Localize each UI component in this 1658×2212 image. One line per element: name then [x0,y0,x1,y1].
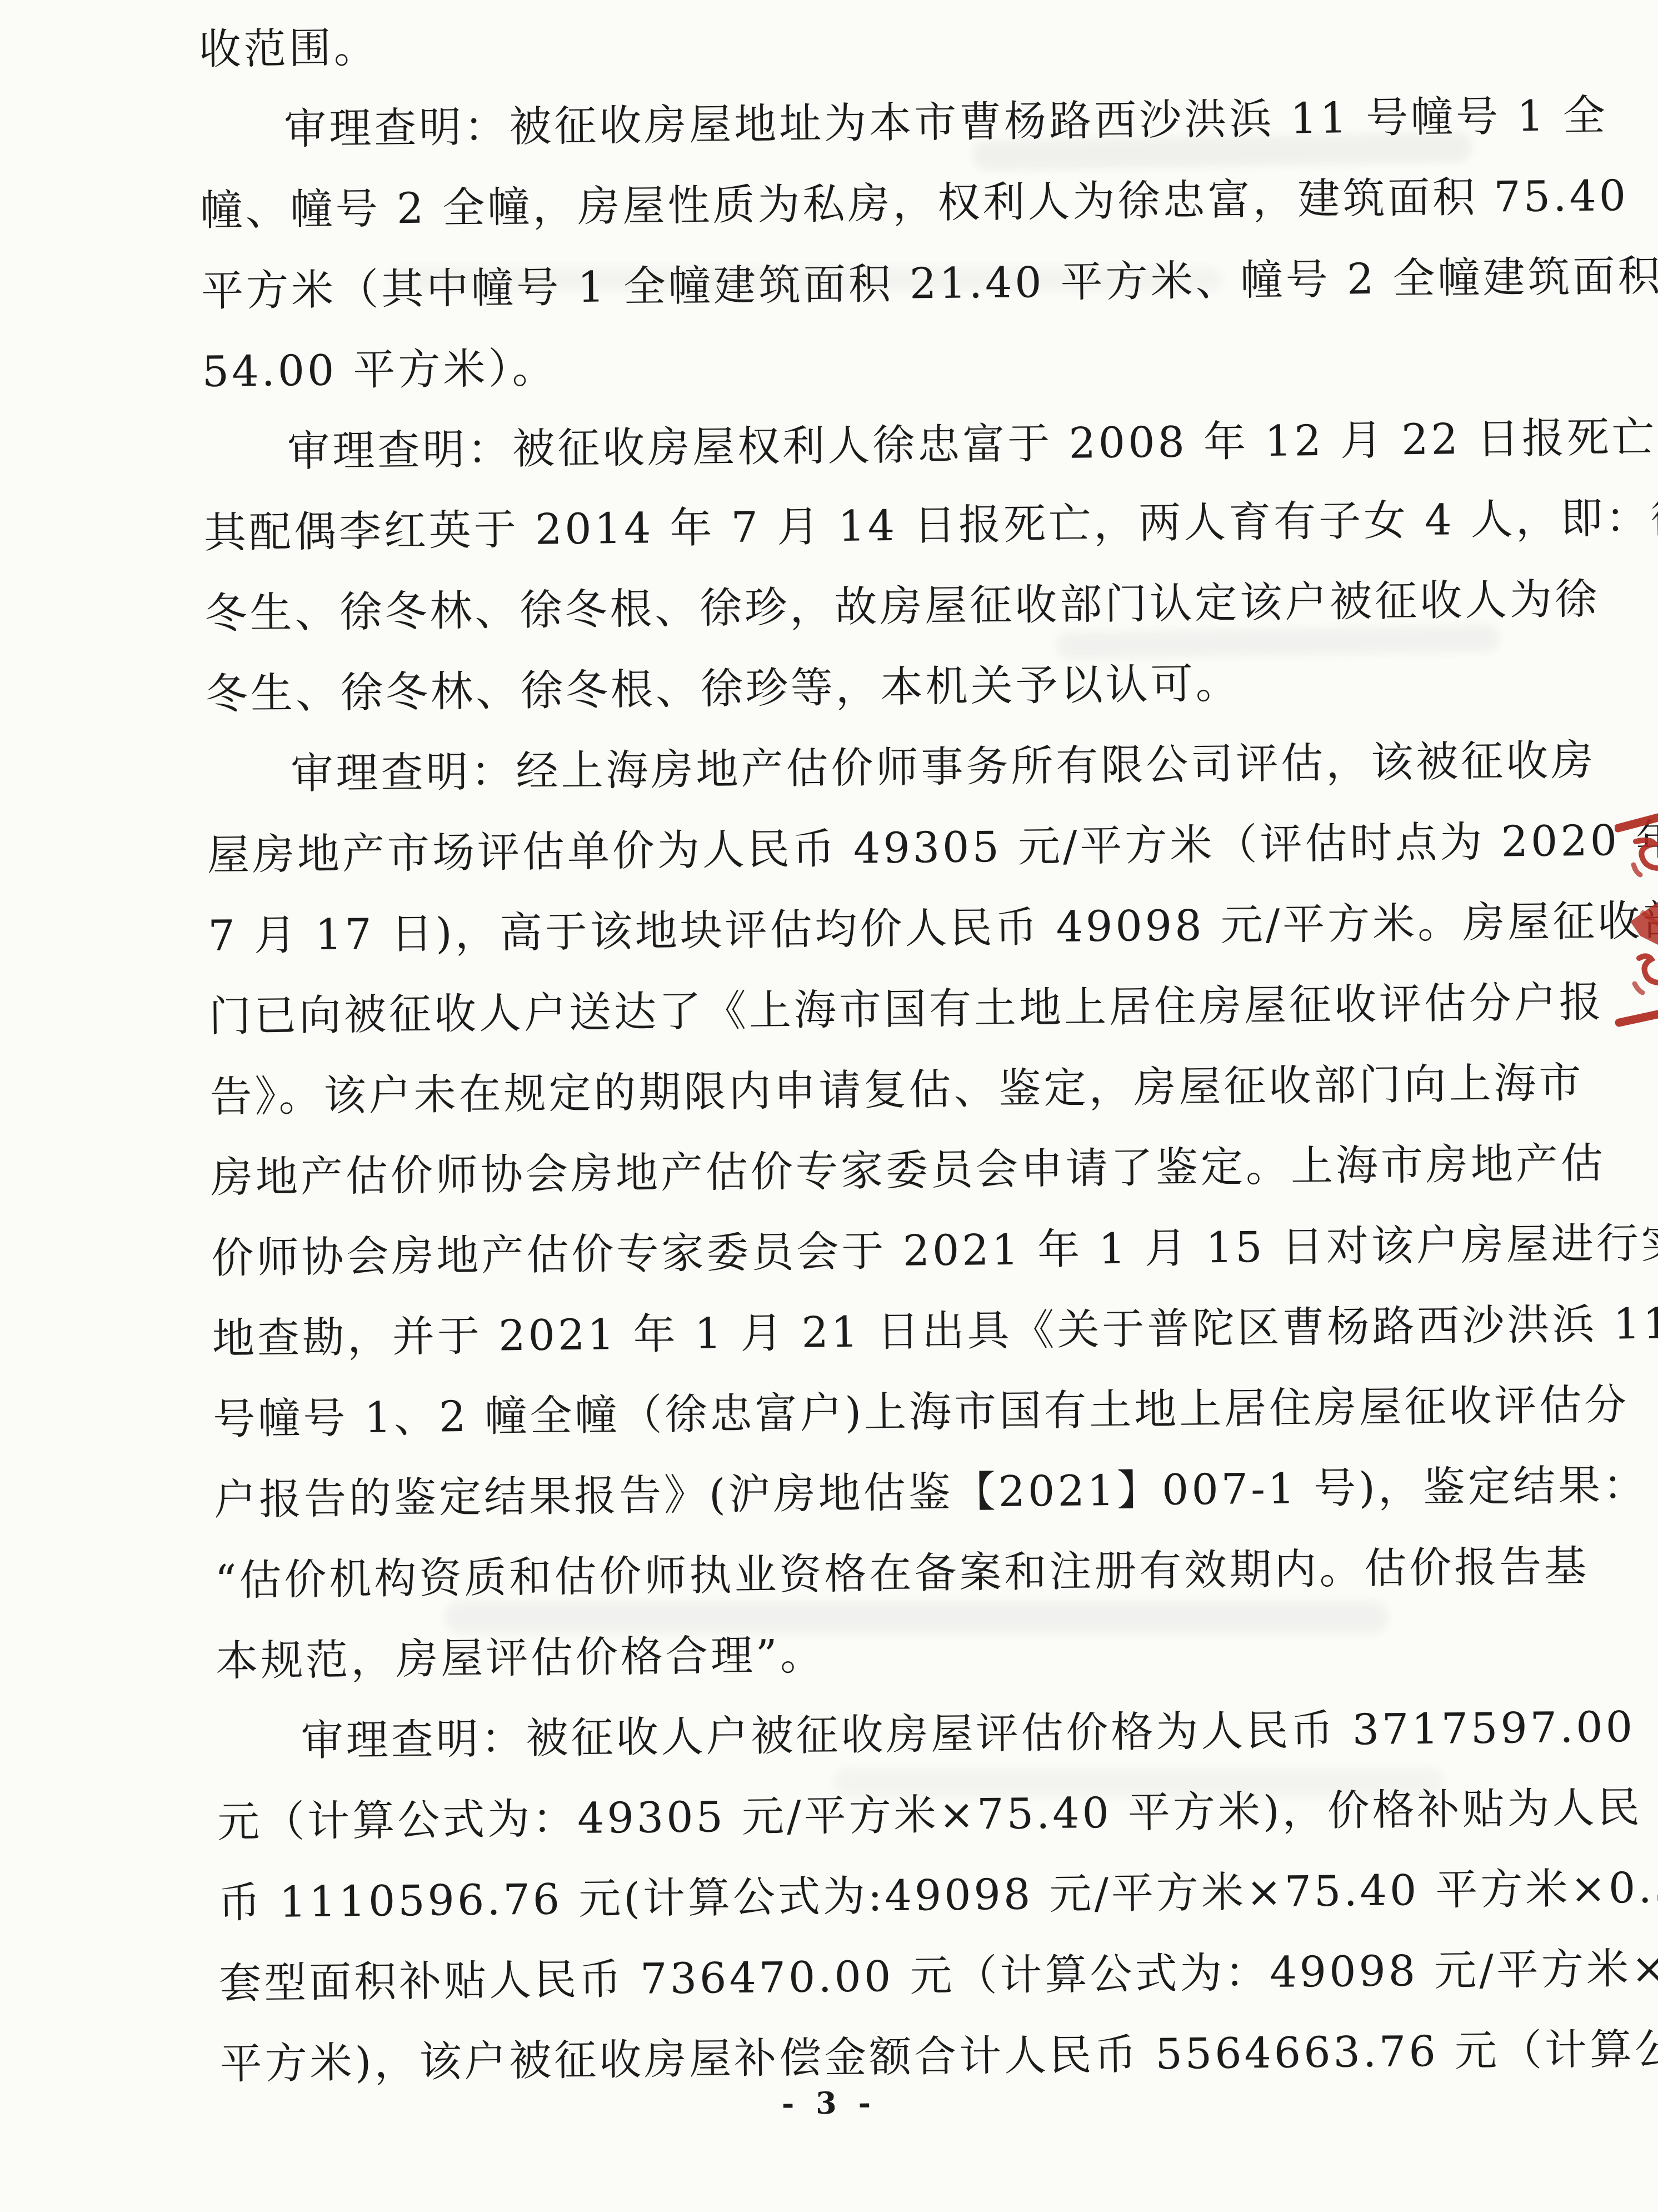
text-line: 告》。该户未在规定的期限内申请复估、鉴定，房屋征收部门向上海市 [209,1043,1477,1137]
text-line: 平方米（其中幢号 1 全幢建筑面积 21.40 平方米、幢号 2 全幢建筑面积 [201,237,1469,331]
text-line: 号幢号 1、2 幢全幢（徐忠富户)上海市国有土地上居住房屋征收评估分 [213,1366,1480,1459]
text-line: 屋房地产市场评估单价为人民币 49305 元/平方米（评估时点为 2020 年 [207,801,1474,895]
text-line: 审理查明：被征收房屋权利人徐忠富于 2008 年 12 月 22 日报死亡， [203,398,1470,492]
text-line: 54.00 平方米）。 [202,318,1469,412]
text-line: 地查勘，并于 2021 年 1 月 21 日出具《关于普陀区曹杨路西沙洪浜 11 [212,1285,1479,1379]
official-seal-fragment-icon [1615,807,1658,1035]
text-line: 门已向被征收人户送达了《上海市国有土地上居住房屋征收评估分户报 [208,963,1476,1057]
text-line: 户报告的鉴定结果报告》(沪房地估鉴【2021】007-1 号)，鉴定结果： [213,1446,1481,1540]
text-line: 幢、幢号 2 全幢，房屋性质为私房，权利人为徐忠富，建筑面积 75.40 [200,157,1467,251]
text-line: 币 1110596.76 元(计算公式为:49098 元/平方米×75.40 平… [218,1849,1485,1943]
text-line: 7 月 17 日)，高于该地块评估均价人民币 49098 元/平方米。房屋征收部 [208,882,1475,976]
scanned-document-page: 收范围。 审理查明：被征收房屋地址为本市曹杨路西沙洪浜 11 号幢号 1 全 幢… [0,0,1658,2212]
text-line: 元（计算公式为：49305 元/平方米×75.40 平方米)，价格补贴为人民 [217,1768,1484,1862]
text-line: 其配偶李红英于 2014 年 7 月 14 日报死亡，两人育有子女 4 人，即：… [203,479,1471,573]
text-line: 冬生、徐冬林、徐冬根、徐珍等，本机关予以认可。 [205,640,1472,734]
text-line: “估价机构资质和估价师执业资格在备案和注册有效期内。估价报告基 [214,1527,1482,1621]
text-line: 套型面积补贴人民币 736470.00 元（计算公式为：49098 元/平方米×… [218,1930,1486,2024]
text-line: 审理查明：被征收房屋地址为本市曹杨路西沙洪浜 11 号幢号 1 全 [199,76,1467,170]
text-line: 本规范，房屋评估价格合理”。 [215,1607,1482,1701]
text-line: 收范围。 [198,0,1466,89]
text-line: 审理查明：经上海房地产估价师事务所有限公司评估，该被征收房 [206,721,1474,815]
text-line: 价师协会房地产估价专家委员会于 2021 年 1 月 15 日对该户房屋进行实 [211,1204,1479,1298]
text-line: 房地产估价师协会房地产估价专家委员会申请了鉴定。上海市房地产估 [210,1124,1477,1218]
text-line: 审理查明：被征收人户被征收房屋评估价格为人民币 3717597.00 [216,1688,1484,1782]
document-text-block: 收范围。 审理查明：被征收房屋地址为本市曹杨路西沙洪浜 11 号幢号 1 全 幢… [198,0,1487,2104]
text-line: 冬生、徐冬林、徐冬根、徐珍，故房屋征收部门认定该户被征收人为徐 [204,560,1472,654]
